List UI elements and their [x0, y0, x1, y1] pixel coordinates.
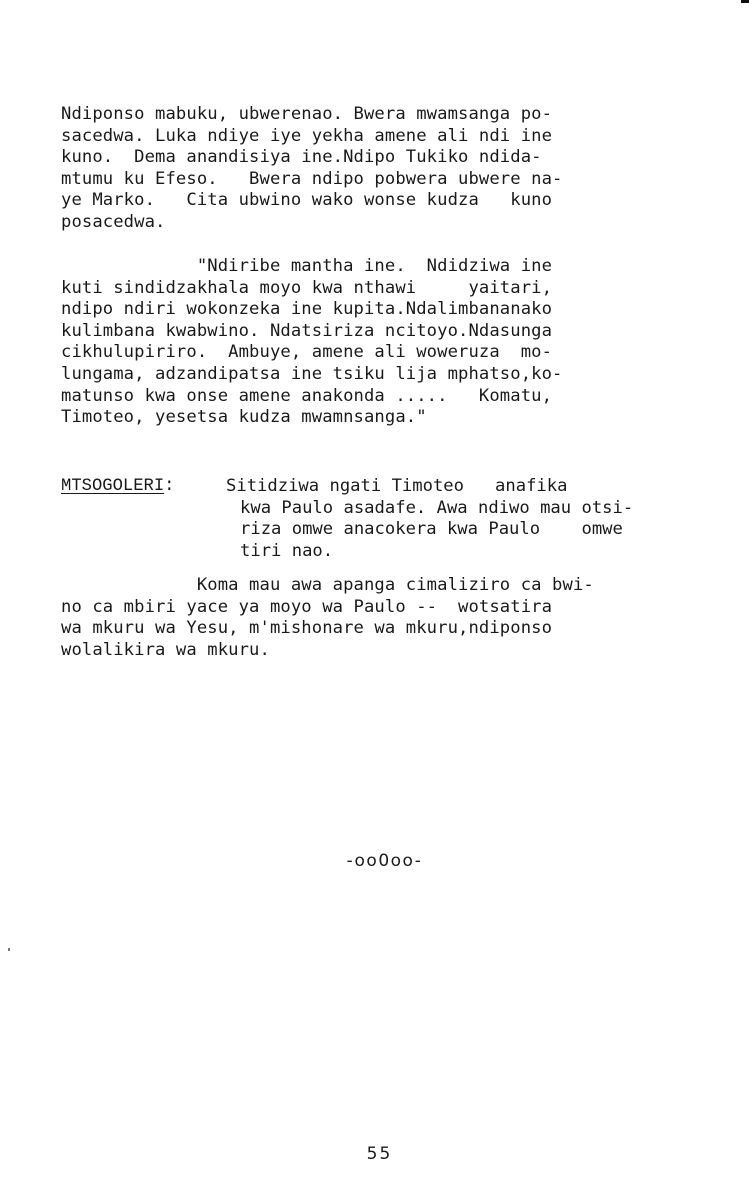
paragraph-2-quote: "Ndiribe mantha ine. Ndidziwa ine kuti s… [61, 256, 563, 429]
text-line: riza omwe anacokera kwa Paulo omwe [240, 519, 623, 539]
leader-label-text: MTSOGOLERI [61, 477, 164, 496]
text-line: matunso kwa onse amene anakonda ..... Ko… [61, 386, 552, 406]
text-line: ye Marko. Cita ubwino wako wonse kudza k… [61, 190, 552, 210]
text-line: cikhulupiriro. Ambuye, amene ali woweruz… [61, 342, 552, 362]
text-line: kwa Paulo asadafe. Awa ndiwo mau otsi- [240, 498, 633, 518]
scan-speck [8, 948, 10, 951]
text-line: "Ndiribe mantha ine. Ndidziwa ine [61, 256, 552, 276]
paragraph-1: Ndiponso mabuku, ubwerenao. Bwera mwamsa… [61, 104, 563, 234]
text-line: tiri nao. [240, 541, 333, 561]
text-line: wolalikira wa mkuru. [61, 640, 270, 660]
text-line: lungama, adzandipatsa ine tsiku lija mph… [61, 364, 563, 384]
text-line: kuti sindidzakhala moyo kwa nthawi yaita… [61, 278, 552, 298]
leader-label-colon: : [164, 477, 174, 496]
leader-note-label: MTSOGOLERI: [61, 476, 174, 498]
text-line: no ca mbiri yace ya moyo wa Paulo -- wot… [61, 597, 552, 617]
text-line: kulimbana kwabwino. Ndatsiriza ncitoyo.N… [61, 321, 552, 341]
text-line: posacedwa. [61, 212, 165, 232]
text-line: Sitidziwa ngati Timoteo anafika [226, 476, 567, 496]
paragraph-4: Koma mau awa apanga cimaliziro ca bwi- n… [61, 575, 594, 661]
leader-note-body: Sitidziwa ngati Timoteo anafika kwa Paul… [240, 476, 633, 562]
text-line: kuno. Dema anandisiya ine.Ndipo Tukiko n… [61, 147, 542, 167]
text-line: Koma mau awa apanga cimaliziro ca bwi- [61, 575, 594, 595]
text-line: sacedwa. Luka ndiye iye yekha amene ali … [61, 126, 552, 146]
page-number: 55 [0, 1144, 749, 1164]
text-line: wa mkuru wa Yesu, m'mishonare wa mkuru,n… [61, 618, 552, 638]
text-line: ndipo ndiri wokonzeka ine kupita.Ndalimb… [61, 299, 552, 319]
text-line: Timoteo, yesetsa kudza mwamnsanga." [61, 407, 427, 427]
text-line: Ndiponso mabuku, ubwerenao. Bwera mwamsa… [61, 104, 552, 124]
text-line: mtumu ku Efeso. Bwera ndipo pobwera ubwe… [61, 169, 563, 189]
section-separator: -oo0oo- [0, 851, 749, 871]
scan-corner-mark [741, 0, 749, 3]
